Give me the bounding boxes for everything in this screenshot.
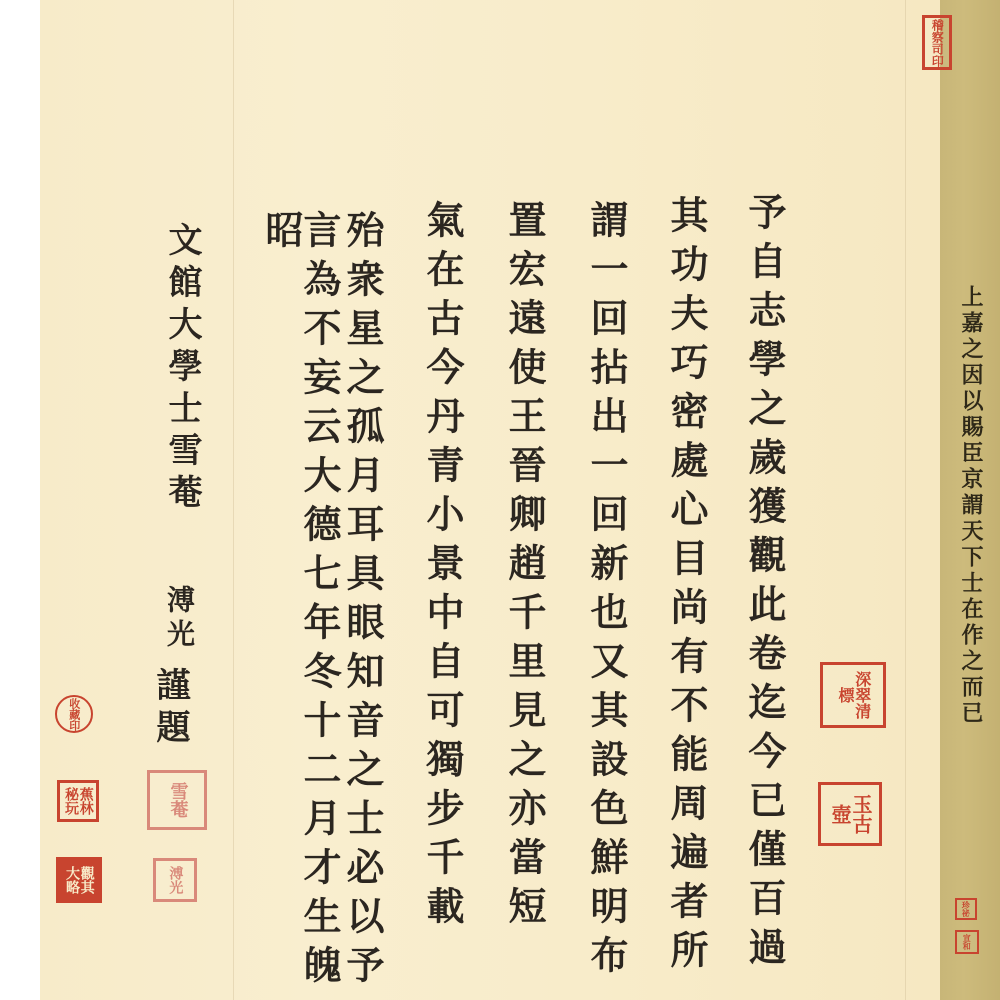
colophon-column-7: 言為不妄云大德七年冬十二月才生魄昭 (262, 210, 338, 1000)
silk-inscription-column-1: 上嘉之因以賜臣京謂天下士在作之而已 (960, 285, 982, 727)
signature-closing: 謹題 (153, 667, 187, 751)
seal-mid-right-2: 玉古壺 (818, 782, 882, 846)
paper-seam (905, 0, 906, 1000)
colophon-column-8: 文館大學士雪菴 (165, 222, 199, 516)
seal-signature-1: 雪菴 (147, 770, 207, 830)
seal-left-1: 蕉林秘玩 (57, 780, 99, 822)
paper-seam (233, 0, 234, 1000)
seal-left-2: 觀其大略 (56, 857, 102, 903)
colophon-column-4: 置宏遠使王晉卿趙千里見之亦當短 (505, 200, 543, 935)
seal-mid-right-1: 深翠清標 (820, 662, 886, 728)
seal-signature-2: 溥光 (153, 858, 197, 902)
colophon-column-2: 其功夫巧密處心目尚有不能周遍者所 (667, 195, 705, 979)
signature-name: 溥光 (165, 585, 193, 653)
seal-silk-2: 宣和 (955, 930, 979, 954)
colophon-column-3: 謂一回拈出一回新也又其設色鮮明布 (587, 200, 625, 984)
seal-left-round: 收藏印 (55, 695, 93, 733)
seal-top-right: 稽察司印 (922, 15, 952, 70)
colophon-column-6: 殆衆星之孤月耳具眼知音之士必以予 (343, 210, 381, 994)
seal-silk-1: 珍祕 (955, 898, 977, 920)
colophon-column-1: 予自志學之歲獲觀此卷迄今已僅百過 (745, 192, 783, 976)
colophon-column-5: 氣在古今丹青小景中自可獨步千載 (423, 200, 461, 935)
